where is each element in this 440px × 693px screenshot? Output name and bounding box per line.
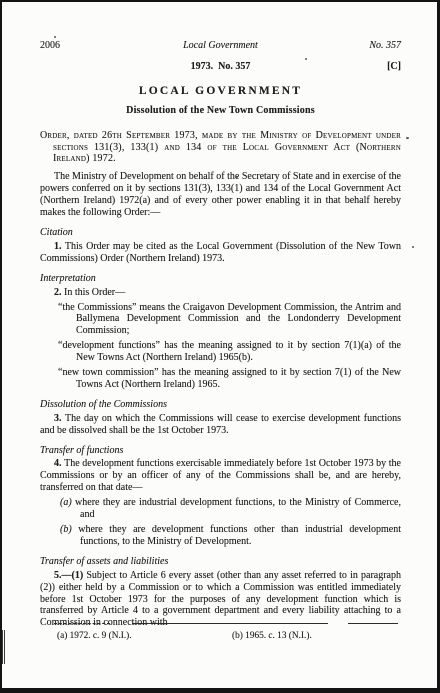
opening-paragraph: The Ministry of Development on behalf of… xyxy=(40,171,401,219)
section-5-number: 5.—(1) xyxy=(54,570,86,581)
scan-artifact xyxy=(305,58,307,60)
section-heading-transfer-functions: Transfer of functions xyxy=(40,445,401,457)
order-number-row: 1973. No. 357 [C] xyxy=(40,61,401,73)
section-4-paragraph: 4. The development functions exercisable… xyxy=(40,458,401,494)
section-heading-dissolution: Dissolution of the Commissions xyxy=(40,399,401,411)
section-4-item-a: (a) where they are industrial developmen… xyxy=(40,497,401,521)
scan-artifact xyxy=(235,176,238,178)
scan-artifact xyxy=(54,36,56,38)
page-title: LOCAL GOVERNMENT xyxy=(40,86,401,98)
definition-development-functions: “development functions” has the meaning … xyxy=(40,340,401,364)
definition-new-town-commission: “new town commission” has the meaning as… xyxy=(40,367,401,391)
footnote-rule-segment xyxy=(348,623,398,624)
section-2-number: 2. xyxy=(54,287,64,298)
section-heading-citation: Citation xyxy=(40,227,401,239)
section-5-paragraph: 5.—(1) Subject to Article 6 every asset … xyxy=(40,570,401,630)
section-3-text: The day on which the Commissions will ce… xyxy=(40,413,401,436)
section-heading-interpretation: Interpretation xyxy=(40,273,401,285)
scan-artifact xyxy=(406,137,409,139)
doc-number: No. 357 xyxy=(281,40,401,52)
section-5-text: Subject to Article 6 every asset (other … xyxy=(40,570,401,629)
footnote-rule-segment xyxy=(54,623,110,624)
page-content: 2006 Local Government No. 357 1973. No. … xyxy=(2,2,437,629)
running-title: Local Government xyxy=(160,40,280,52)
section-1-paragraph: 1. This Order may be cited as the Local … xyxy=(40,241,401,265)
classification-mark: [C] xyxy=(281,61,401,73)
running-header: 2006 Local Government No. 357 xyxy=(40,40,401,52)
footnote-b: (b) 1965. c. 13 (N.I.). xyxy=(232,631,312,641)
section-heading-transfer-assets: Transfer of assets and liabilities xyxy=(40,556,401,568)
footnote-block: (a) 1972. c. 9 (N.I.). (b) 1965. c. 13 (… xyxy=(40,622,401,641)
item-a-marker: (a) xyxy=(60,497,75,508)
order-number: 1973. No. 357 xyxy=(160,61,280,73)
document-page: 2006 Local Government No. 357 1973. No. … xyxy=(0,0,440,693)
section-4-number: 4. xyxy=(54,458,64,469)
scan-artifact xyxy=(412,246,414,248)
definition-the-commissions: “the Commissions” means the Craigavon De… xyxy=(40,302,401,338)
section-2-paragraph: 2. In this Order— xyxy=(40,287,401,299)
section-2-text: In this Order— xyxy=(64,287,125,298)
section-4-text: The development functions exercisable im… xyxy=(40,458,401,493)
footnote-rule xyxy=(40,622,401,624)
section-3-number: 3. xyxy=(54,413,65,424)
footnote-row: (a) 1972. c. 9 (N.I.). (b) 1965. c. 13 (… xyxy=(40,631,401,641)
section-4-item-b: (b) where they are development functions… xyxy=(40,524,401,548)
item-b-marker: (b) xyxy=(60,524,78,535)
scan-artifact xyxy=(2,630,5,664)
page-number: 2006 xyxy=(40,40,160,52)
order-preamble: Order, dated 26th September 1973, made b… xyxy=(40,130,401,166)
item-b-text: where they are development functions oth… xyxy=(78,524,401,547)
page-subtitle: Dissolution of the New Town Commissions xyxy=(40,105,401,117)
item-a-text: where they are industrial development fu… xyxy=(75,497,401,520)
footnote-a: (a) 1972. c. 9 (N.I.). xyxy=(40,631,232,641)
section-3-paragraph: 3. The day on which the Commissions will… xyxy=(40,413,401,437)
section-1-number: 1. xyxy=(54,241,65,252)
footnote-rule-segment xyxy=(132,623,328,624)
section-1-text: This Order may be cited as the Local Gov… xyxy=(40,241,401,264)
